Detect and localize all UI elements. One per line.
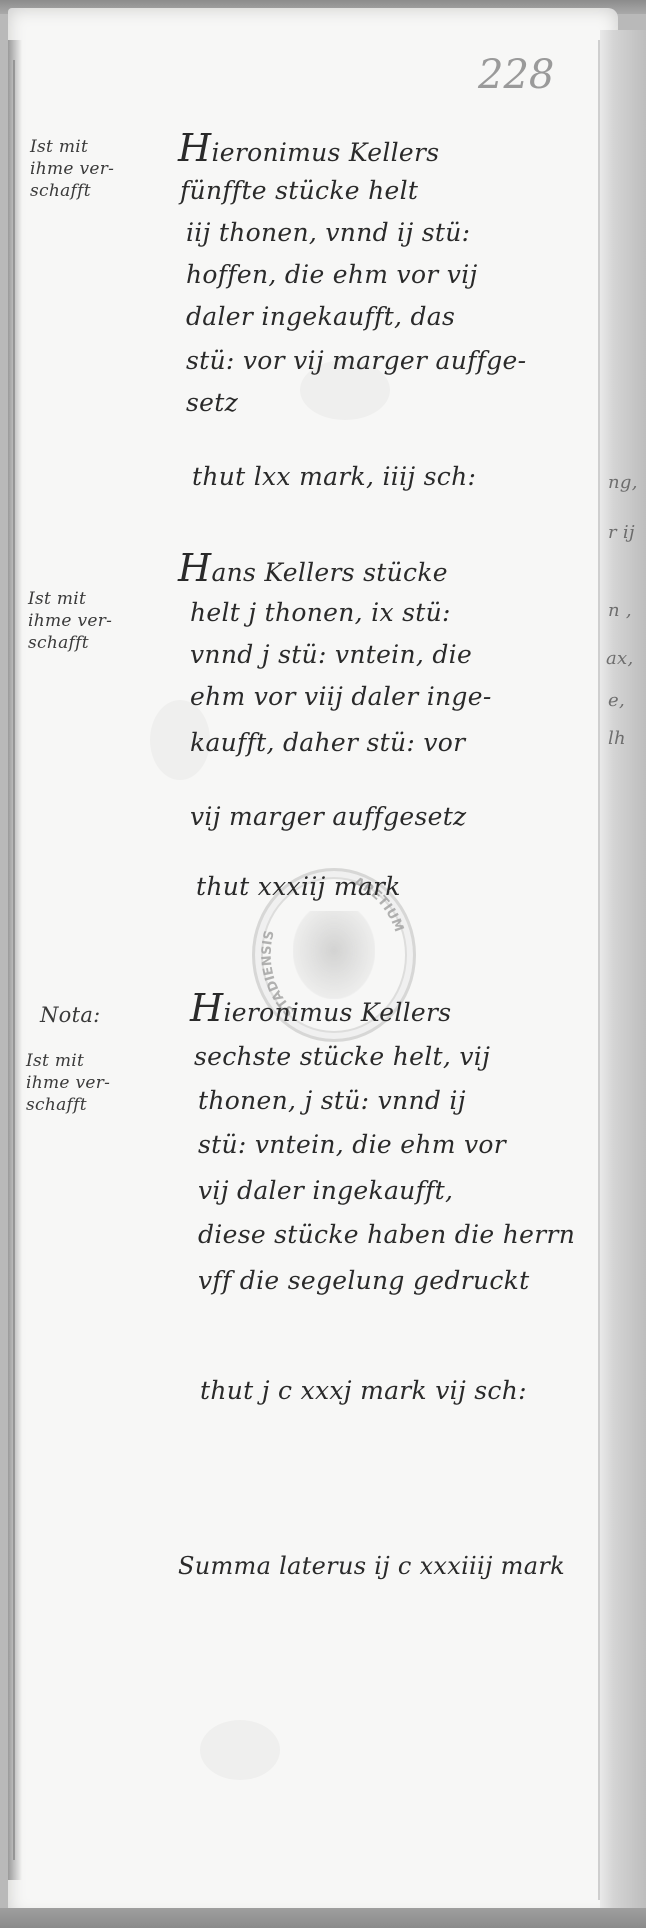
binding-gutter-line	[13, 60, 15, 1860]
entry-line: Hieronimus Kellers	[190, 988, 451, 1033]
entry-line: vff die segelung gedruckt	[198, 1260, 529, 1301]
entry-total: thut j c xxxj mark vij sch:	[200, 1376, 527, 1405]
margin-note-line: ihme ver-	[28, 610, 112, 632]
adjacent-page-fragment: n ,	[608, 600, 632, 621]
margin-note-line: schafft	[30, 180, 114, 202]
adjacent-page-edge	[600, 30, 646, 1910]
margin-note: Ist mit ihme ver- schafft	[26, 1050, 110, 1116]
margin-note-line: Ist mit	[26, 1050, 110, 1072]
entry-line: thonen, j stü: vnnd ij	[198, 1080, 466, 1121]
folio-number: 228	[478, 52, 554, 98]
entry-total: thut lxx mark, iiij sch:	[192, 462, 476, 491]
entry-line: stü: vor vij marger auffge-	[186, 340, 526, 381]
entry-line: daler ingekaufft, das	[186, 296, 455, 337]
margin-note-line: schafft	[26, 1094, 110, 1116]
margin-note: Ist mit ihme ver- schafft	[30, 136, 114, 202]
entry-total: thut xxxiij mark	[196, 872, 401, 901]
entry-line: fünffte stücke helt	[180, 170, 418, 211]
entry-line: helt j thonen, ix stü:	[190, 592, 451, 633]
adjacent-page-fragment: r ij	[608, 522, 635, 543]
margin-note-line: ihme ver-	[30, 158, 114, 180]
margin-note-line: schafft	[28, 632, 112, 654]
entry-line: ehm vor viij daler inge-	[190, 676, 492, 717]
entry-line: vij daler ingekaufft,	[198, 1170, 453, 1211]
margin-note-line: Ist mit	[28, 588, 112, 610]
adjacent-page-fragment: ax,	[606, 648, 634, 669]
adjacent-page-fragment: lh	[608, 728, 626, 749]
adjacent-page-fragment: e,	[608, 690, 625, 711]
margin-note-line: ihme ver-	[26, 1072, 110, 1094]
entry-line: setz	[186, 382, 238, 423]
paper-stain	[200, 1720, 280, 1780]
entry-line: sechste stücke helt, vij	[194, 1036, 490, 1077]
entry-line: stü: vntein, die ehm vor	[198, 1124, 506, 1165]
margin-note: Ist mit ihme ver- schafft	[28, 588, 112, 654]
entry-line: Hieronimus Kellers	[178, 128, 439, 173]
entry-line: hoffen, die ehm vor vij	[186, 254, 478, 295]
margin-note-heading: Nota:	[40, 1004, 101, 1026]
bottom-page-edge	[0, 1908, 646, 1928]
entry-line: Hans Kellers stücke	[178, 548, 448, 593]
page-summary: Summa laterus ij c xxxiiij mark	[178, 1552, 565, 1580]
entry-line: diese stücke haben die herrn	[198, 1214, 575, 1255]
margin-note-line: Ist mit	[30, 136, 114, 158]
binding-gutter	[8, 40, 22, 1880]
entry-line: kaufft, daher stü: vor	[190, 722, 465, 763]
entry-line: vnnd j stü: vntein, die	[190, 634, 472, 675]
entry-line: vij marger auffgesetz	[190, 796, 467, 837]
lion-emblem-icon	[293, 911, 375, 999]
adjacent-page-fragment: ng,	[608, 472, 638, 493]
entry-line: iij thonen, vnnd ij stü:	[186, 212, 470, 253]
